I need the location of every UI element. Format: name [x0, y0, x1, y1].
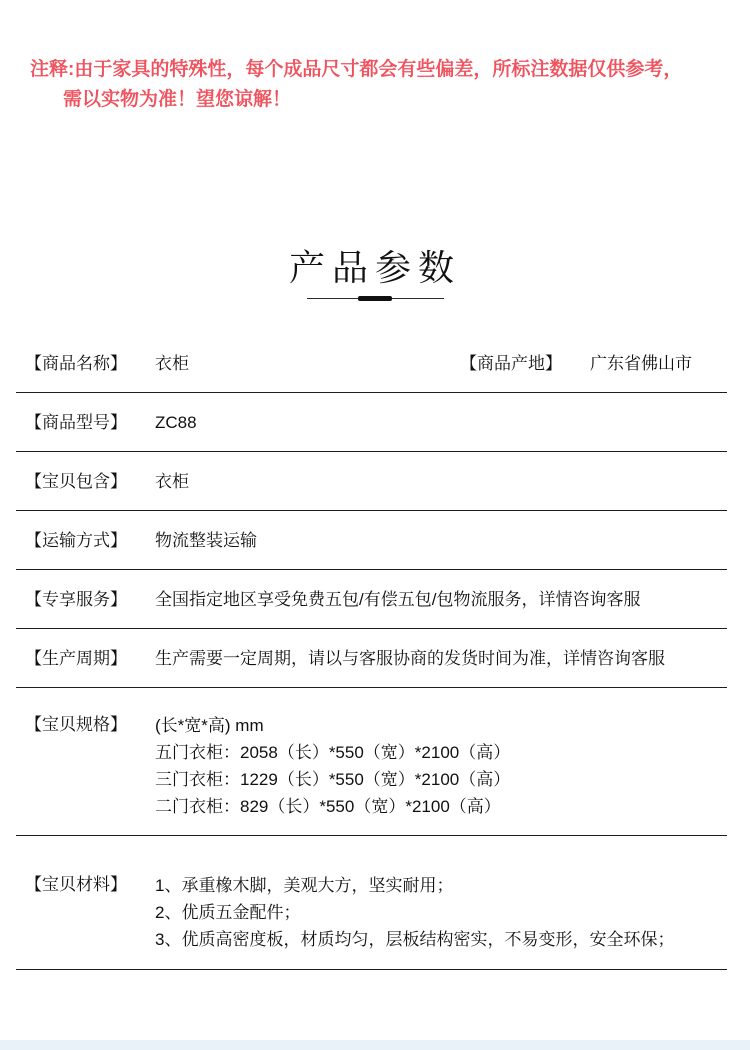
- product-spec-table: 【商品名称】 衣柜 【商品产地】 广东省佛山市 【商品型号】 ZC88 【宝贝包…: [16, 334, 727, 970]
- disclaimer-note: 注释:由于家具的特殊性，每个成品尺寸都会有些偏差，所标注数据仅供参考， 需以实物…: [30, 55, 730, 115]
- spec-value: 衣柜: [155, 351, 189, 377]
- spec-row-dimensions: 【宝贝规格】 (长*宽*高) mm 五门衣柜：2058（长）*550（宽）*21…: [16, 688, 727, 836]
- disclaimer-line-1: 注释:由于家具的特殊性，每个成品尺寸都会有些偏差，所标注数据仅供参考，: [30, 55, 730, 85]
- page-title: 产品参数: [0, 240, 750, 291]
- spec-row-package: 【宝贝包含】 衣柜: [16, 452, 727, 511]
- spec-pair-left: 【商品名称】 衣柜: [25, 351, 189, 377]
- spec-label: 【宝贝包含】: [25, 469, 147, 495]
- spec-row-model: 【商品型号】 ZC88: [16, 393, 727, 452]
- dimension-line-5door: 五门衣柜：2058（长）*550（宽）*2100（高）: [155, 739, 510, 766]
- section-title-block: 产品参数: [0, 240, 750, 302]
- material-line-3: 3、优质高密度板，材质均匀，层板结构密实，不易变形，安全环保；: [155, 926, 674, 953]
- title-underline-thick-mark: [358, 296, 392, 301]
- spec-value: ZC88: [155, 410, 197, 436]
- spec-label: 【商品型号】: [25, 410, 147, 436]
- dimension-line-3door: 三门衣柜：1229（长）*550（宽）*2100（高）: [155, 766, 510, 793]
- spec-value-lines: 1、承重橡木脚，美观大方，坚实耐用； 2、优质五金配件； 3、优质高密度板，材质…: [155, 872, 674, 953]
- title-underline: [307, 296, 444, 302]
- spec-value: 物流整装运输: [155, 528, 257, 554]
- spec-label: 【专享服务】: [25, 587, 147, 613]
- spec-row-shipping: 【运输方式】 物流整装运输: [16, 511, 727, 570]
- spec-pair-right: 【商品产地】 广东省佛山市: [460, 351, 727, 377]
- spec-label: 【商品产地】: [460, 351, 582, 377]
- footer-accent-bar: [0, 1040, 750, 1050]
- spec-value-lines: (长*宽*高) mm 五门衣柜：2058（长）*550（宽）*2100（高） 三…: [155, 712, 510, 820]
- spec-value: 广东省佛山市: [590, 351, 692, 377]
- disclaimer-line-2: 需以实物为准！望您谅解！: [30, 85, 730, 115]
- spec-label: 【运输方式】: [25, 528, 147, 554]
- spec-value: 全国指定地区享受免费五包/有偿五包/包物流服务，详情咨询客服: [155, 587, 640, 613]
- spec-value: 生产需要一定周期，请以与客服协商的发货时间为准，详情咨询客服: [155, 646, 665, 672]
- dimension-line-unit: (长*宽*高) mm: [155, 712, 510, 739]
- spec-row-production-cycle: 【生产周期】 生产需要一定周期，请以与客服协商的发货时间为准，详情咨询客服: [16, 629, 727, 688]
- spec-label: 【生产周期】: [25, 646, 147, 672]
- material-line-1: 1、承重橡木脚，美观大方，坚实耐用；: [155, 872, 674, 899]
- spec-row-service: 【专享服务】 全国指定地区享受免费五包/有偿五包/包物流服务，详情咨询客服: [16, 570, 727, 629]
- dimension-line-2door: 二门衣柜：829（长）*550（宽）*2100（高）: [155, 793, 510, 820]
- spec-row-product-name: 【商品名称】 衣柜 【商品产地】 广东省佛山市: [16, 334, 727, 393]
- spec-label: 【商品名称】: [25, 351, 147, 377]
- spec-row-materials: 【宝贝材料】 1、承重橡木脚，美观大方，坚实耐用； 2、优质五金配件； 3、优质…: [16, 836, 727, 970]
- spec-label: 【宝贝材料】: [25, 872, 147, 898]
- spec-label: 【宝贝规格】: [25, 712, 147, 738]
- material-line-2: 2、优质五金配件；: [155, 899, 674, 926]
- spec-value: 衣柜: [155, 469, 189, 495]
